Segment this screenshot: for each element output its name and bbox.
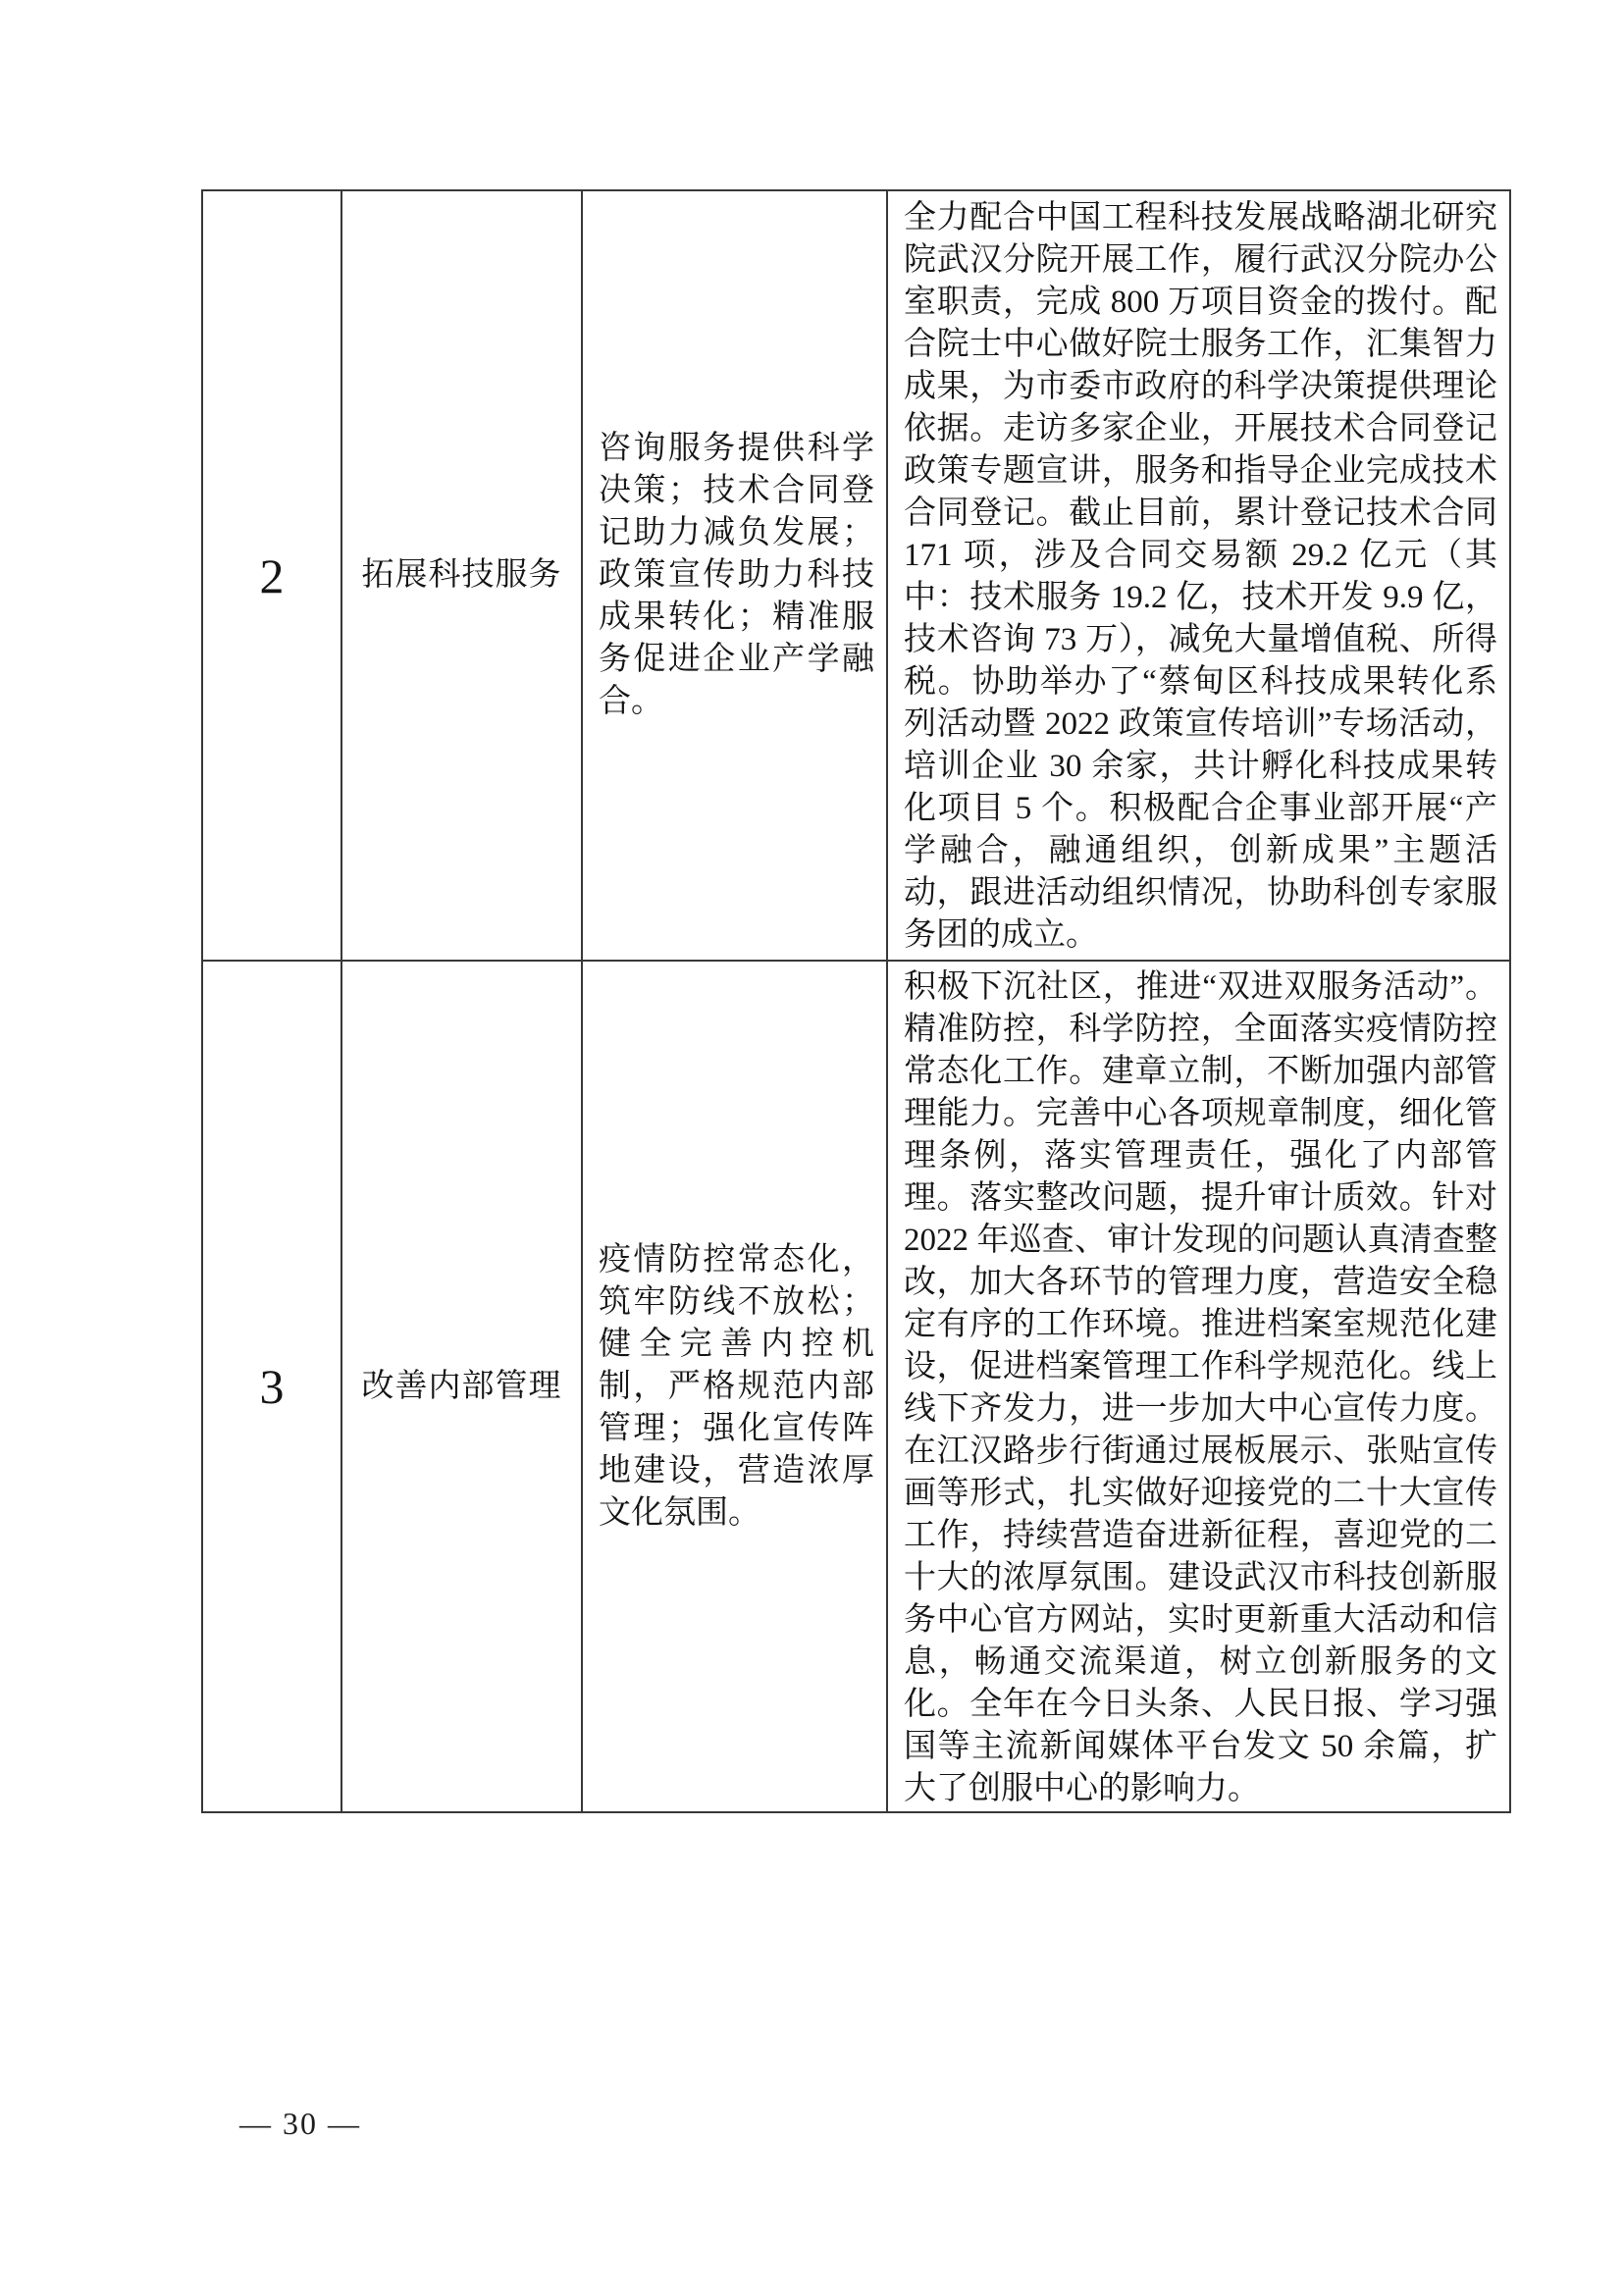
row-title: 拓展科技服务 (362, 554, 562, 597)
table-row: 2 拓展科技服务 咨询服务提供科学决策；技术合同登记助力减负发展；政策宣传助力科… (202, 190, 1510, 961)
row-title-cell: 改善内部管理 (341, 961, 582, 1812)
row-detail: 全力配合中国工程科技发展战略湖北研究院武汉分院开展工作，履行武汉分院办公室职责，… (888, 194, 1509, 957)
row-number: 2 (260, 551, 285, 600)
table-row: 3 改善内部管理 疫情防控常态化，筑牢防线不放松；健全完善内控机制，严格规范内部… (202, 961, 1510, 1812)
row-number-cell: 2 (202, 190, 341, 961)
row-title-cell: 拓展科技服务 (341, 190, 582, 961)
performance-table: 2 拓展科技服务 咨询服务提供科学决策；技术合同登记助力减负发展；政策宣传助力科… (201, 189, 1511, 1813)
document-page: 2 拓展科技服务 咨询服务提供科学决策；技术合同登记助力减负发展；政策宣传助力科… (0, 0, 1624, 2296)
row-detail-cell: 积极下沉社区，推进“双进双服务活动”。精准防控，科学防控，全面落实疫情防控常态化… (887, 961, 1510, 1812)
row-summary: 咨询服务提供科学决策；技术合同登记助力减负发展；政策宣传助力科技成果转化；精准服… (583, 428, 886, 723)
row-title: 改善内部管理 (362, 1366, 562, 1408)
row-summary: 疫情防控常态化，筑牢防线不放松；健全完善内控机制，严格规范内部管理；强化宣传阵地… (583, 1239, 886, 1535)
row-summary-cell: 疫情防控常态化，筑牢防线不放松；健全完善内控机制，严格规范内部管理；强化宣传阵地… (582, 961, 887, 1812)
row-detail: 积极下沉社区，推进“双进双服务活动”。精准防控，科学防控，全面落实疫情防控常态化… (888, 964, 1509, 1810)
row-summary-cell: 咨询服务提供科学决策；技术合同登记助力减负发展；政策宣传助力科技成果转化；精准服… (582, 190, 887, 961)
row-detail-cell: 全力配合中国工程科技发展战略湖北研究院武汉分院开展工作，履行武汉分院办公室职责，… (887, 190, 1510, 961)
row-number-cell: 3 (202, 961, 341, 1812)
row-number: 3 (260, 1362, 285, 1411)
page-number: — 30 — (239, 2106, 361, 2141)
